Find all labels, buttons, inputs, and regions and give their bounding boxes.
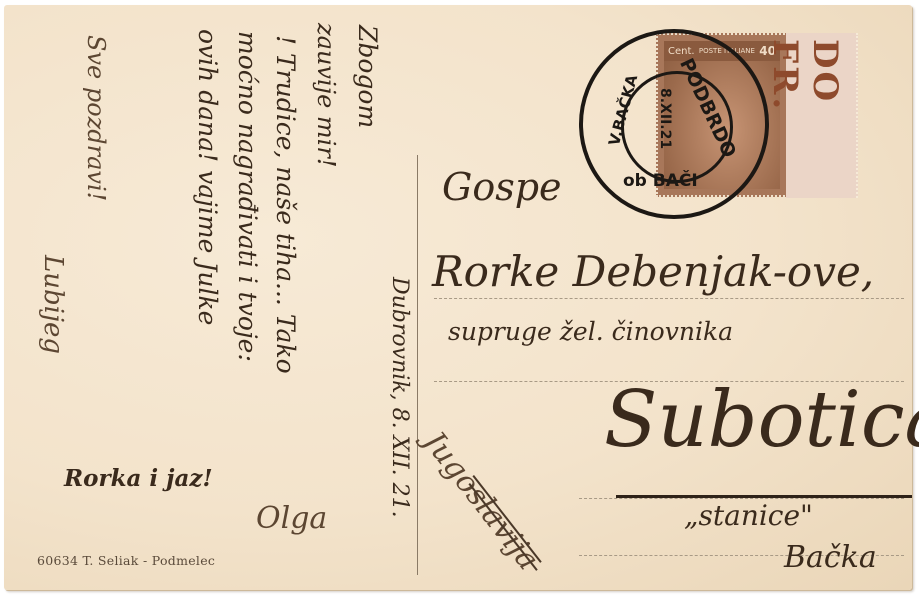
address-rule-1 — [434, 298, 904, 299]
signature: Olga — [256, 501, 327, 536]
message-line-5: ovih dana! vajime Julke — [193, 29, 222, 325]
date-line: Dubrovnik, 8. XII. 21. — [387, 277, 412, 518]
message-line-6: Sve pozdravi! — [82, 35, 110, 201]
address-name: Rorke Debenjak-ove, — [432, 247, 874, 296]
address-region: Bačka — [784, 540, 877, 575]
stamp-selvage-tab: DO FR. — [786, 33, 858, 198]
address-station: „stanice" — [684, 499, 813, 532]
address-salutation: Gospe — [442, 165, 562, 209]
postmark-date: 8.XII.21 — [657, 88, 673, 149]
address-city: Subotica — [604, 375, 919, 465]
stamp-tab-text: DO FR. — [765, 39, 845, 112]
message-line-4: moćno nagrađivati i tvoje: — [233, 31, 262, 362]
message-line-2: zauvije mir! — [312, 23, 340, 167]
center-divider — [417, 155, 418, 575]
message-closing: Rorka i jaz! — [64, 465, 213, 492]
address-occupation: supruge žel. činovnika — [448, 317, 733, 346]
publisher-imprint: 60634 T. Seliak - Podmelec — [37, 553, 215, 568]
message-line-1: Zbogom — [353, 25, 382, 128]
postmark: PODBRDO V.BAČKA ob BAČI 8.XII.21 — [579, 29, 769, 219]
postmark-bottom-text: ob BAČI — [623, 171, 698, 191]
message-line-7: Lubijeg — [38, 255, 68, 354]
postcard-back: Zbogom zauvije mir! ! Trudice, naše tiha… — [4, 5, 912, 590]
message-line-3: ! Trudice, naše tiha... Tako — [271, 35, 300, 374]
city-underline — [616, 495, 912, 498]
